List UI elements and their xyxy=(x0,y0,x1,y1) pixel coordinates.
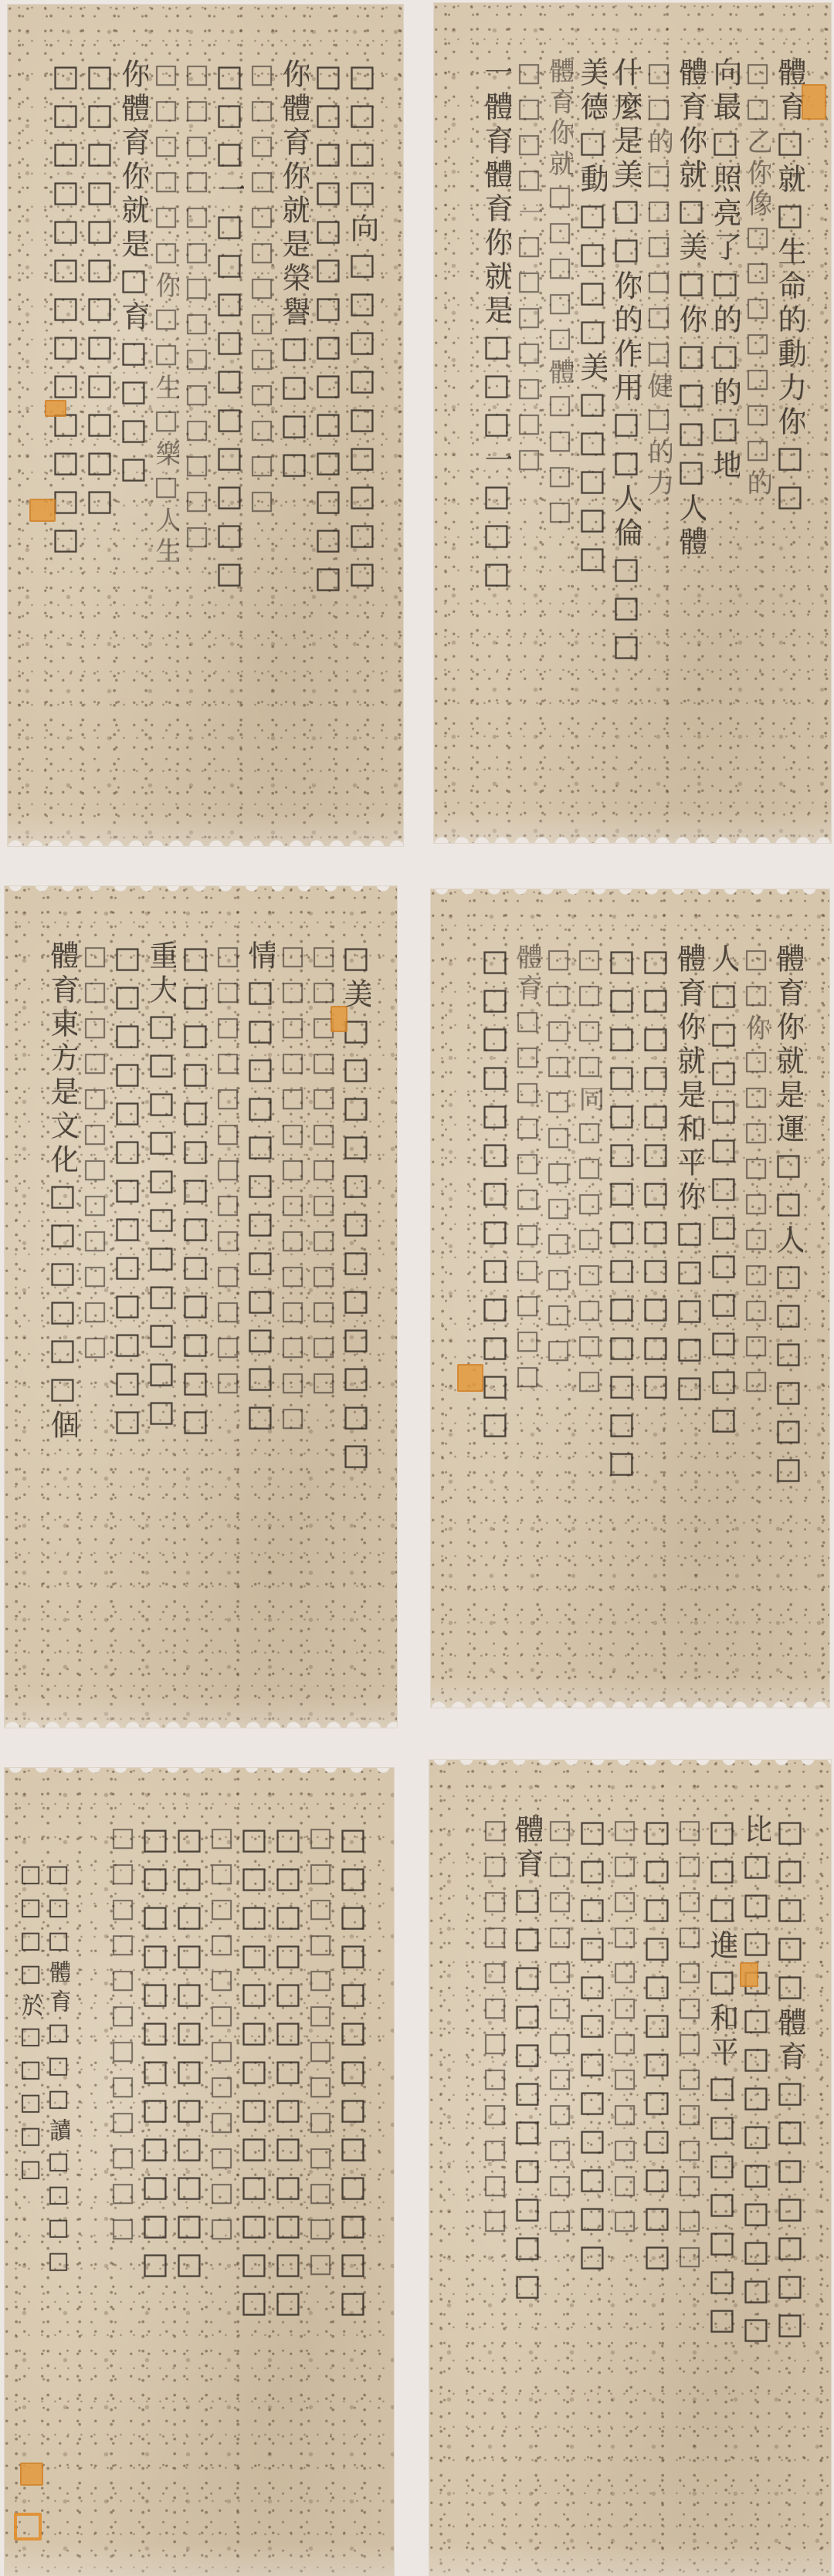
text-column: □□□□□□□□□□□□ xyxy=(612,1814,638,2545)
text-columns: □美□□□□□□□□□□□□ □□□□□□□□□□□□□ □□□□□□□□□□□… xyxy=(31,940,371,1697)
torn-edge xyxy=(429,1760,831,1769)
colophon-line: □□□□於□□□□□ xyxy=(19,1860,42,2483)
seal-stamp xyxy=(802,84,826,120)
text-column: 體育你就□□□□□體□□□□ xyxy=(547,57,573,812)
text-column: 體育□就□生命的動力你□□ xyxy=(775,57,805,812)
text-column: 你體育你就是榮譽□□□□ xyxy=(280,59,309,815)
text-column: □□□□□□□□□□□□ xyxy=(141,1822,170,2545)
text-column: □□□□□□□□□□□□ xyxy=(642,1814,672,2545)
text-column: □□□□□□□□□□□□ xyxy=(85,59,114,815)
colophon-line: □□□體育□□□讀□□□□ xyxy=(46,1860,69,2483)
text-column: 體育東方是文化□□□□□□個 xyxy=(48,940,77,1697)
artist-seal-outline-icon xyxy=(14,2513,42,2540)
torn-edge xyxy=(431,889,829,899)
calligraphy-panel-middle-left: □美□□□□□□□□□□□□ □□□□□□□□□□□□□ □□□□□□□□□□□… xyxy=(5,886,397,1728)
text-column: 體育□□□□□□□□□□□ xyxy=(513,1814,542,2545)
text-column: □□□□□□□□□□□□ xyxy=(641,943,670,1677)
text-column: 體育你就□美□你□□□□人體 xyxy=(676,57,706,812)
text-column: □□□□同□□□□□□□□ xyxy=(576,943,602,1677)
text-columns: □□□□□□□□□□□□□ □□□□□□□□□□□□□ □□□□□□□□□□□□… xyxy=(97,1822,368,2545)
text-column: □□□□□□□□□□□□ xyxy=(110,1822,136,2545)
text-column: □□□□□□□□□□□□□□ xyxy=(314,59,343,815)
text-columns: □□□□□體育□□□□□□□ 比□□□□□□□□□□□□□ □□□進□和平□□□… xyxy=(456,1814,805,2545)
text-column: □□□□□□□□□□□□□ xyxy=(676,1814,703,2545)
text-column: □□□□□□□□□□□□ xyxy=(208,1822,235,2545)
torn-edge xyxy=(5,886,397,895)
text-column: 比□□□□□□□□□□□□□ xyxy=(741,1814,771,2545)
text-column: □美□□□□□□□□□□□□ xyxy=(341,940,371,1697)
text-column: □□□□一□□□□□□□ xyxy=(516,57,542,812)
text-column: 人□□□□□□□□□□□□ xyxy=(709,943,738,1677)
text-column: 什麼是美□□你的作用□□人倫□□□ xyxy=(612,57,641,812)
text-column: □□□□□□□□□□□□□ xyxy=(51,59,80,815)
text-column: □□□□□□□□□□□□□ xyxy=(113,940,142,1697)
seal-stamp xyxy=(457,1364,483,1392)
text-column: □□□□□□□□□□□□□ xyxy=(239,1822,269,2545)
text-columns: 體育□就□生命的動力你□□ □□乙你像□□□□□□□的 向最□照亮了□的□的□地… xyxy=(460,57,805,812)
torn-edge xyxy=(5,1715,397,1728)
torn-edge xyxy=(431,1695,829,1708)
calligraphy-panel-bottom-left: □□□□□□□□□□□□□ □□□□□□□□□□□□□ □□□□□□□□□□□□… xyxy=(5,1768,394,2576)
text-column: □□□□□□□□□□□□□ xyxy=(480,943,510,1677)
text-column: □□□□□□□□□□□□ xyxy=(578,1814,607,2545)
text-column: 體育你就是運□□人□□□□□□ xyxy=(774,943,803,1677)
seal-stamp xyxy=(740,1962,758,1987)
text-column: □□□□向□□□□□□□□□ xyxy=(347,59,377,815)
text-column: □□□□□□□□□□□□□□ xyxy=(280,940,306,1697)
text-column: □□□□□□□□□□□□ xyxy=(82,940,108,1697)
text-column: 向最□照亮了□的□的□地 xyxy=(710,57,740,812)
text-column: □□□□□□□□□□□□□□ xyxy=(184,59,210,815)
text-column: □□□□□□□□□□□□□□ xyxy=(607,943,636,1677)
torn-edge xyxy=(8,834,403,846)
text-column: □□的□□□□□□健□的力 xyxy=(646,57,672,812)
artist-seal-icon xyxy=(20,2463,43,2486)
text-column: □□□一□□□□□□□□□□ xyxy=(215,59,244,815)
colophon: □□□體育□□□讀□□□□ □□□□於□□□□□ xyxy=(19,1860,69,2483)
calligraphy-panel-top-left: □□□□向□□□□□□□□□ □□□□□□□□□□□□□□ 你體育你就是榮譽□□… xyxy=(8,5,403,846)
text-column: □□□□□體育□□□□□□□ xyxy=(775,1814,805,2545)
text-column: 美德□動□□□□美□□□□□ xyxy=(578,57,607,812)
text-column: □□□□□□□□□□□□□ xyxy=(273,1822,303,2545)
text-column: □□□□□□□□□□□□ xyxy=(545,943,571,1677)
text-columns: □□□□向□□□□□□□□□ □□□□□□□□□□□□□□ 你體育你就是榮譽□□… xyxy=(34,59,377,815)
text-column: 重大□□□□□□□□□□□ xyxy=(147,940,176,1697)
text-column: □□□□□□□□□□□□□ xyxy=(307,1822,334,2545)
text-column: □□□□□□□□□□□□ xyxy=(547,1814,573,2545)
text-column: □□□進□和平□□□□□□□ xyxy=(707,1814,737,2545)
text-column: □□□□□□□□□□□□□ xyxy=(249,59,275,815)
text-column: 情□□□□□□□□□□□□ xyxy=(246,940,275,1697)
seal-stamp xyxy=(331,1006,347,1032)
calligraphy-panel-top-right: 體育□就□生命的動力你□□ □□乙你像□□□□□□□的 向最□照亮了□的□的□地… xyxy=(434,3,831,843)
text-column: □□□□□□□□□□□□ xyxy=(482,1814,508,2545)
seal-stamp xyxy=(29,499,56,522)
text-column: □□□□□□□□□□□□□ xyxy=(181,940,210,1697)
torn-edge xyxy=(5,1768,394,1777)
text-columns: 體育你就是運□□人□□□□□□ □□你□□□□□□□□□□ 人□□□□□□□□□… xyxy=(457,943,803,1677)
text-column: □□□□□□□□□□□□ xyxy=(175,1822,204,2545)
text-column: 體育□□□□□□□□□□□ xyxy=(514,943,541,1677)
text-column: □□乙你像□□□□□□□的 xyxy=(744,57,771,812)
text-column: 一體育體育你就是□□□一□□□ xyxy=(482,57,511,812)
text-column: 體育你就是和平你□□□□□ xyxy=(675,943,704,1677)
calligraphy-panel-middle-right: 體育你就是運□□人□□□□□□ □□你□□□□□□□□□□ 人□□□□□□□□□… xyxy=(431,889,829,1708)
text-column: □□□□□□□□□□□□□ xyxy=(338,1822,368,2545)
text-column: □□□□□□你□□生□樂□人生 xyxy=(153,59,179,815)
torn-edge xyxy=(434,831,831,843)
text-column: □□你□□□□□□□□□□ xyxy=(743,943,769,1677)
calligraphy-panel-bottom-right: □□□□□體育□□□□□□□ 比□□□□□□□□□□□□□ □□□進□和平□□□… xyxy=(429,1760,831,2576)
text-column: □□□□□□□□□□□□□ xyxy=(310,940,337,1697)
text-column: 你體育你就是□育□□□□ xyxy=(119,59,148,815)
seal-stamp xyxy=(45,400,66,417)
text-column: □□□□□□□□□□□□□ xyxy=(215,940,241,1697)
